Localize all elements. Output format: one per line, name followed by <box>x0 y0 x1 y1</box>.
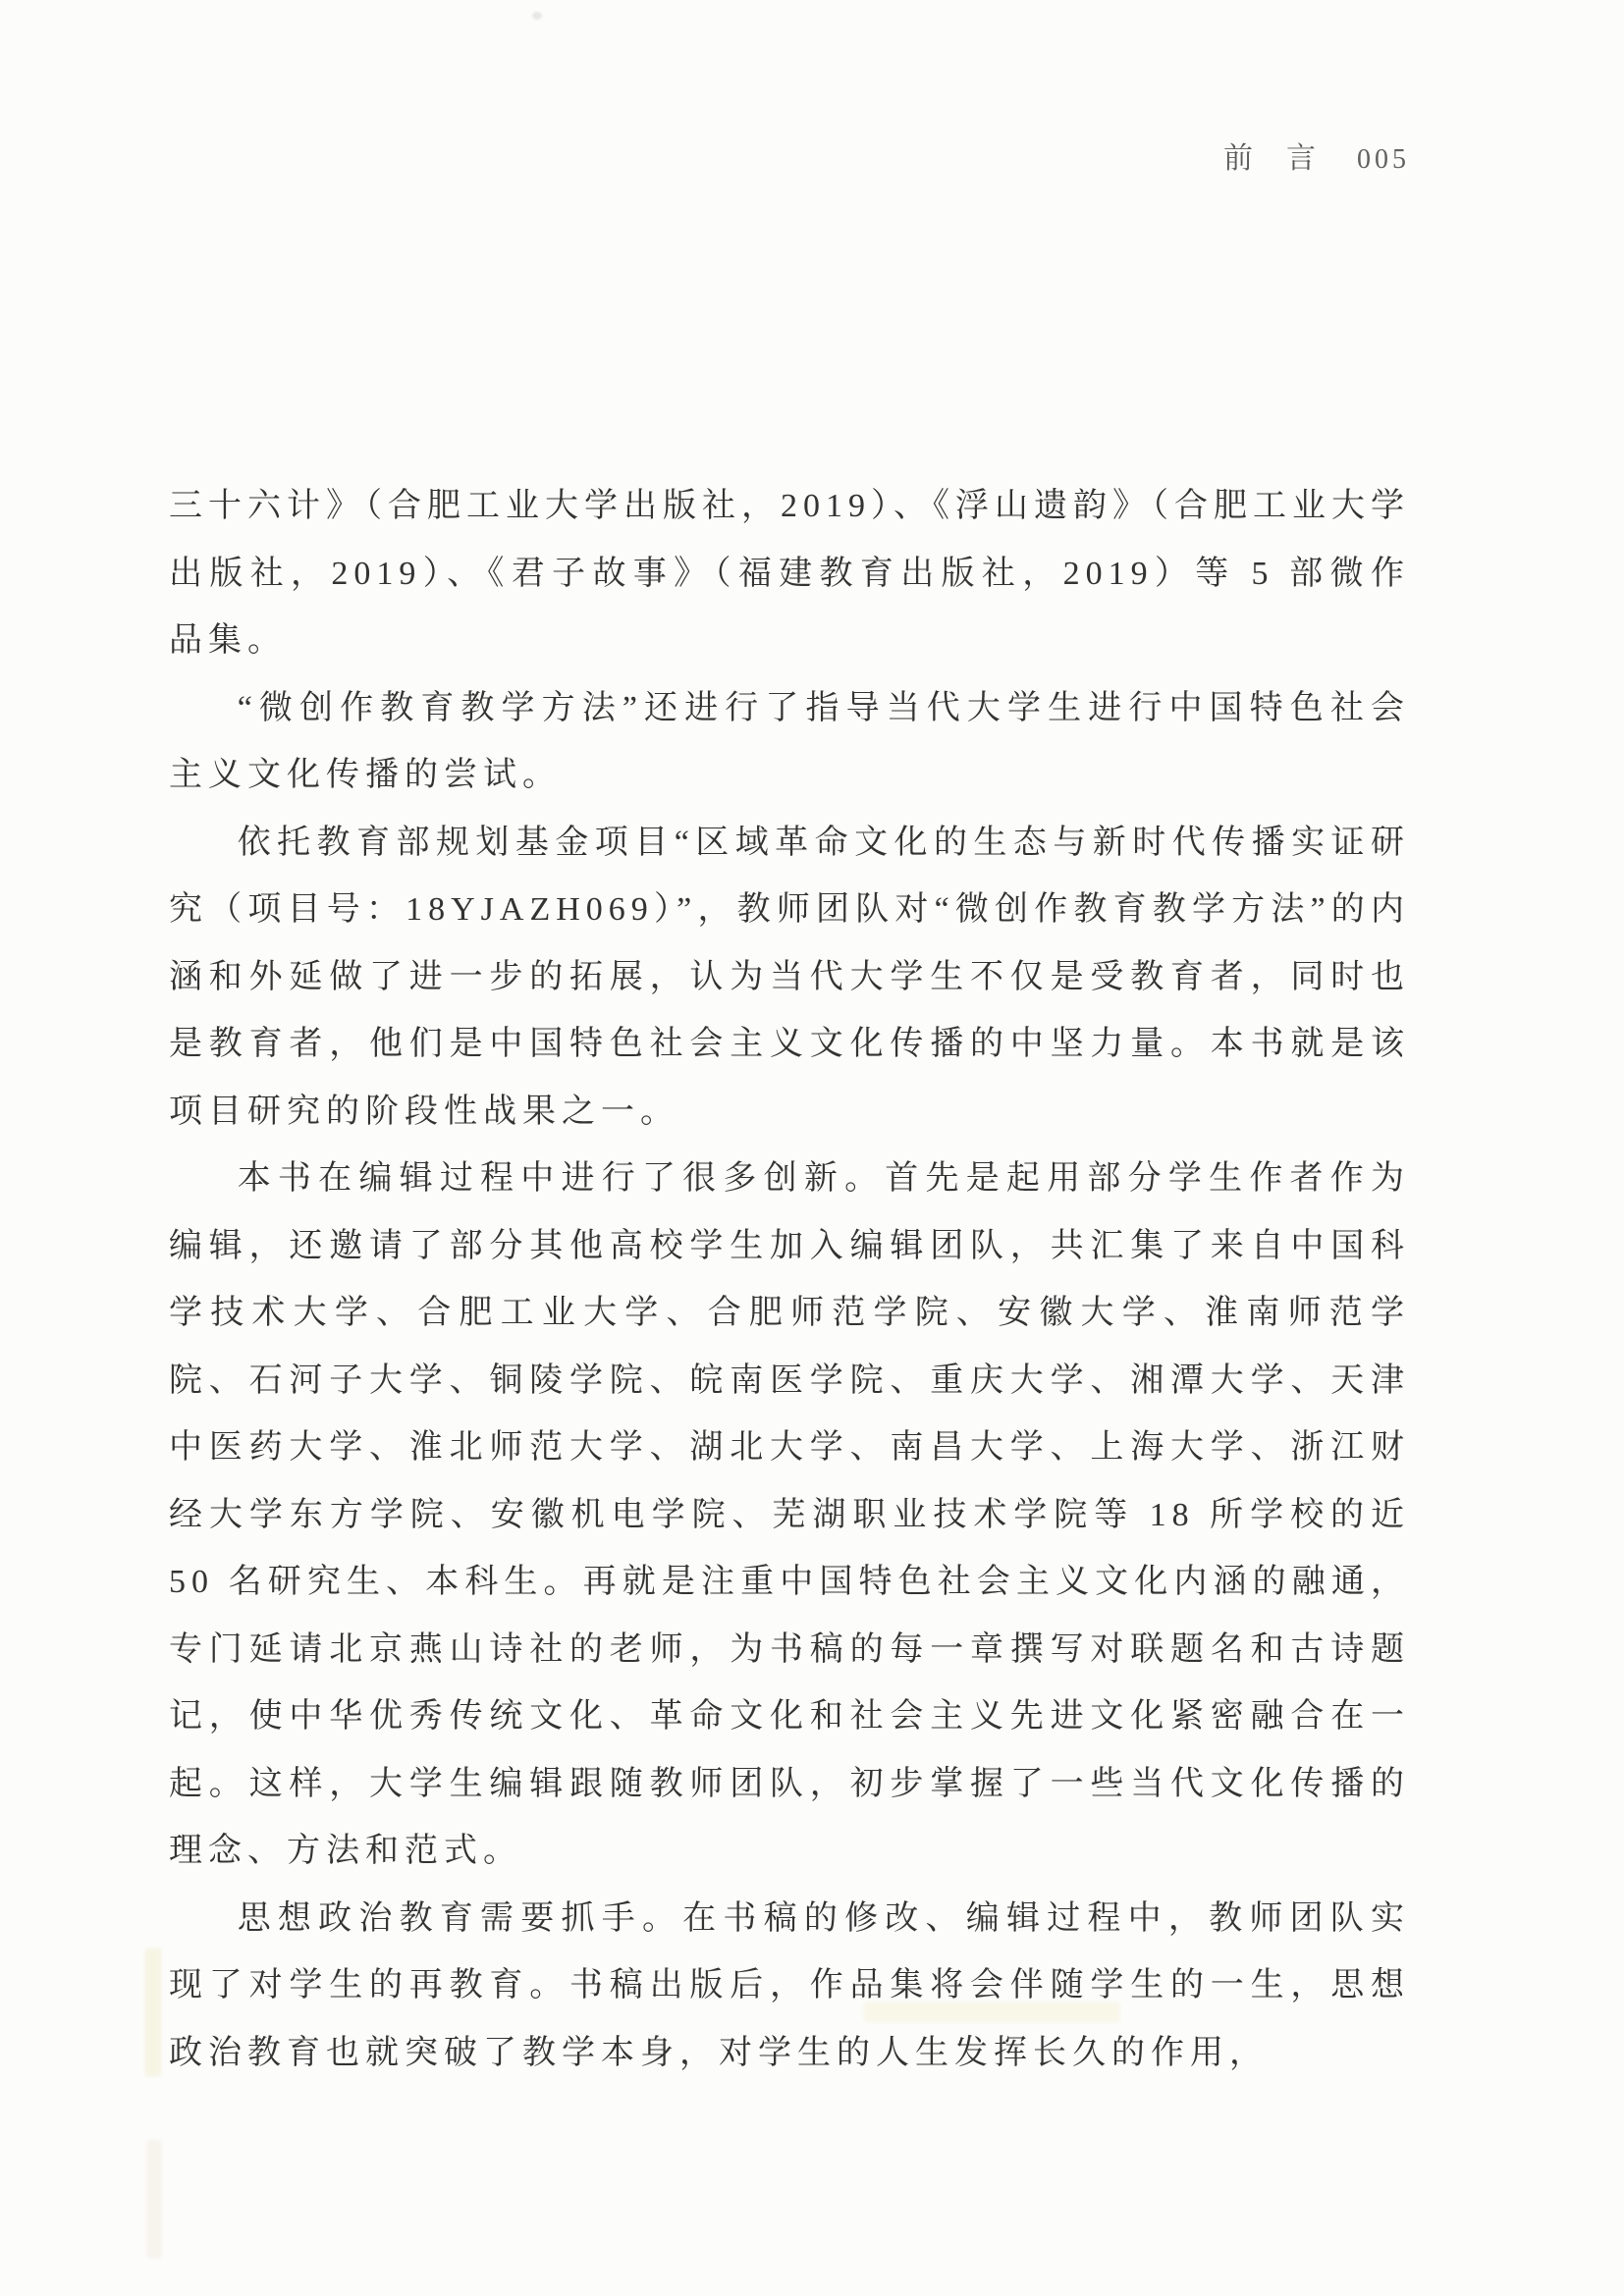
page-body: 三十六计》（合肥工业大学出版社，2019）、《浮山遗韵》（合肥工业大学出版社，2… <box>169 473 1410 2087</box>
paragraph-2: “微创作教育教学方法”还进行了指导当代大学生进行中国特色社会主义文化传播的尝试。 <box>169 675 1410 810</box>
book-page: 前 言 005 三十六计》（合肥工业大学出版社，2019）、《浮山遗韵》（合肥工… <box>0 0 1624 2296</box>
paragraph-5: 思想政治教育需要抓手。在书稿的修改、编辑过程中，教师团队实现了对学生的再教育。书… <box>169 1886 1410 2088</box>
header-page-number: 005 <box>1357 144 1410 176</box>
paragraph-3: 依托教育部规划基金项目“区域革命文化的生态与新时代传播实证研究（项目号：18YJ… <box>169 810 1410 1147</box>
page-header: 前 言 005 <box>1223 133 1410 177</box>
paragraph-1: 三十六计》（合肥工业大学出版社，2019）、《浮山遗韵》（合肥工业大学出版社，2… <box>169 473 1410 675</box>
header-chapter-title: 前 言 <box>1223 133 1318 177</box>
scan-artifact-strip <box>145 1949 161 2076</box>
paragraph-4: 本书在编辑过程中进行了很多创新。首先是起用部分学生作者作为编辑，还邀请了部分其他… <box>169 1146 1410 1886</box>
scan-artifact-dot <box>532 12 542 20</box>
scan-artifact-strip <box>147 2140 161 2258</box>
